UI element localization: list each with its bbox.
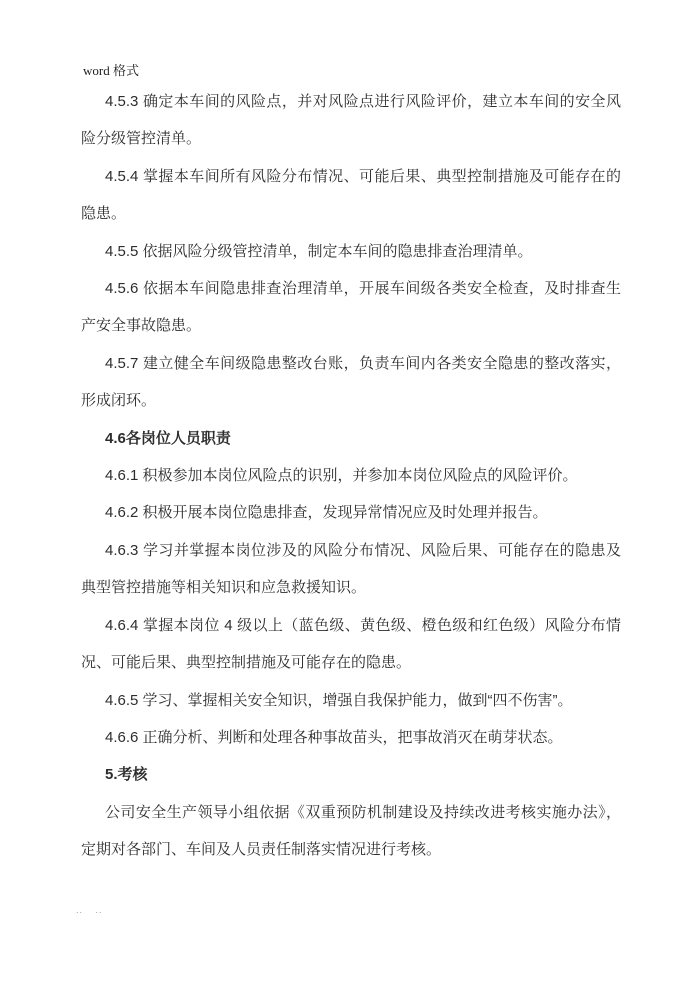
paragraph: 4.6.5 学习、掌握相关安全知识，增强自我保护能力，做到“四不伤害”。 xyxy=(81,682,621,719)
document-body: 4.5.3 确定本车间的风险点，并对风险点进行风险评价，建立本车间的安全风险分级… xyxy=(81,83,621,869)
footer-marks: .. .. xyxy=(76,905,112,915)
paragraph: 4.5.3 确定本车间的风险点，并对风险点进行风险评价，建立本车间的安全风险分级… xyxy=(81,83,621,158)
section-heading: 4.6各岗位人员职责 xyxy=(81,420,621,457)
footer-mark-right: .. xyxy=(96,905,103,915)
paragraph: 4.6.6 正确分析、判断和处理各种事故苗头，把事故消灭在萌芽状态。 xyxy=(81,719,621,756)
paragraph: 4.6.3 学习并掌握本岗位涉及的风险分布情况、风险后果、可能存在的隐患及典型管… xyxy=(81,532,621,607)
paragraph: 4.5.6 依据本车间隐患排查治理清单，开展车间级各类安全检查，及时排查生产安全… xyxy=(81,270,621,345)
paragraph: 4.5.5 依据风险分级管控清单，制定本车间的隐患排查治理清单。 xyxy=(81,233,621,270)
paragraph: 4.6.1 积极参加本岗位风险点的识别，并参加本岗位风险点的风险评价。 xyxy=(81,457,621,494)
paragraph: 公司安全生产领导小组依据《双重预防机制建设及持续改进考核实施办法》，定期对各部门… xyxy=(81,794,621,869)
footer-mark-left: .. xyxy=(76,905,83,915)
paragraph: 4.5.4 掌握本车间所有风险分布情况、可能后果、典型控制措施及可能存在的隐患。 xyxy=(81,158,621,233)
section-heading: 5.考核 xyxy=(81,756,621,793)
document-page: word 格式 4.5.3 确定本车间的风险点，并对风险点进行风险评价，建立本车… xyxy=(0,0,700,990)
word-format-label: word 格式 xyxy=(83,60,139,79)
paragraph: 4.5.7 建立健全车间级隐患整改台账，负责车间内各类安全隐患的整改落实，形成闭… xyxy=(81,345,621,420)
paragraph: 4.6.4 掌握本岗位 4 级以上（蓝色级、黄色级、橙色级和红色级）风险分布情况… xyxy=(81,607,621,682)
paragraph: 4.6.2 积极开展本岗位隐患排查，发现异常情况应及时处理并报告。 xyxy=(81,494,621,531)
